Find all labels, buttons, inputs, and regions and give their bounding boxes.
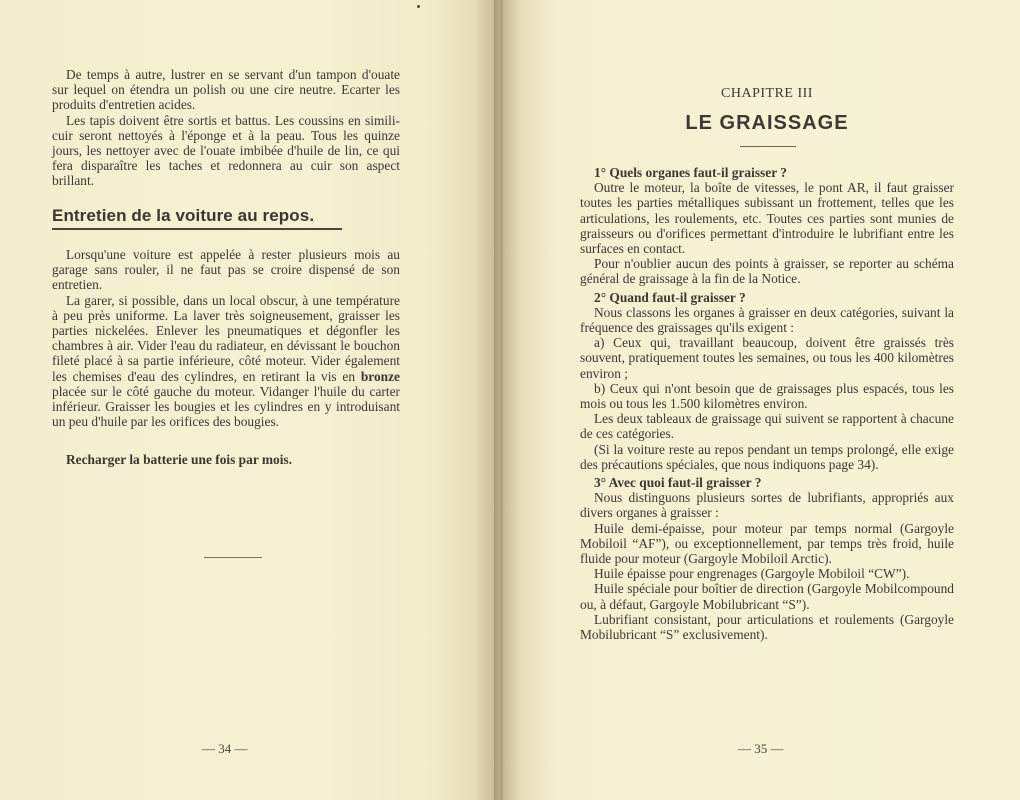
title-rule: [740, 146, 796, 147]
paragraph: Outre le moteur, la boîte de vitesses, l…: [580, 180, 954, 256]
paragraph: Les deux tableaux de graissage qui suive…: [580, 411, 954, 441]
paragraph: Huile demi-épaisse, pour moteur par temp…: [580, 521, 954, 567]
paragraph: Lorsqu'une voiture est appelée à rester …: [52, 247, 400, 293]
paragraph: De temps à autre, lustrer en se servant …: [52, 67, 400, 113]
paragraph: a) Ceux qui, travaillant beaucoup, doive…: [580, 335, 954, 381]
right-text: 1° Quels organes faut-il graisser ? Outr…: [580, 165, 954, 642]
page-number-right: — 35 —: [738, 741, 784, 757]
section-heading: Entretien de la voiture au repos.: [52, 206, 342, 230]
end-rule: [204, 557, 262, 558]
paragraph: Huile épaisse pour engrenages (Gargoyle …: [580, 566, 954, 581]
left-intro-text: De temps à autre, lustrer en se servant …: [52, 67, 400, 189]
chapter-label: CHAPITRE III: [580, 86, 954, 102]
page-number-left: — 34 —: [202, 741, 248, 757]
question-heading: 3° Avec quoi faut-il graisser ?: [580, 475, 954, 490]
paper-speck: [417, 5, 420, 8]
paragraph: Les tapis doivent être sortis et battus.…: [52, 113, 400, 189]
chapter-title: LE GRAISSAGE: [580, 112, 954, 135]
paragraph: Huile spéciale pour boîtier de direction…: [580, 581, 954, 611]
paragraph: La garer, si possible, dans un local obs…: [52, 293, 400, 430]
bold-term: bronze: [361, 369, 400, 384]
paragraph-text: placée sur le côté gauche du moteur. Vid…: [52, 384, 400, 429]
paragraph: Lubrifiant consistant, pour articulation…: [580, 612, 954, 642]
paragraph: Nous classons les organes à graisser en …: [580, 305, 954, 335]
paragraph: Nous distinguons plusieurs sortes de lub…: [580, 490, 954, 520]
book-gutter: [500, 0, 503, 800]
paragraph: b) Ceux qui n'ont besoin que de graissag…: [580, 381, 954, 411]
battery-reminder: Recharger la batterie une fois par mois.: [66, 452, 292, 468]
left-section-text: Lorsqu'une voiture est appelée à rester …: [52, 247, 400, 429]
paragraph-text: La garer, si possible, dans un local obs…: [52, 293, 400, 384]
question-heading: 1° Quels organes faut-il graisser ?: [580, 165, 954, 180]
book-spread: De temps à autre, lustrer en se servant …: [0, 0, 1020, 800]
question-heading: 2° Quand faut-il graisser ?: [580, 290, 954, 305]
paragraph: Pour n'oublier aucun des points à graiss…: [580, 256, 954, 286]
paragraph: (Si la voiture reste au repos pendant un…: [580, 442, 954, 472]
